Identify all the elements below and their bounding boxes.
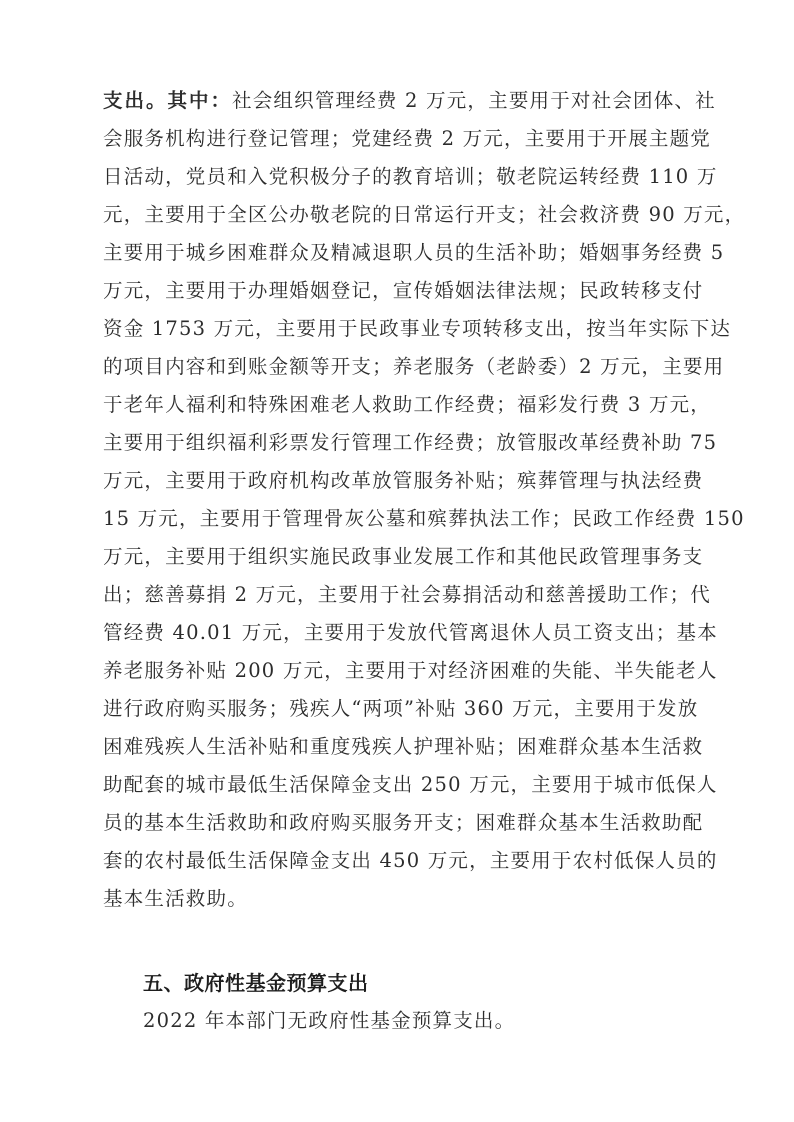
paragraph-line-text: 社会组织管理经费 2 万元，主要用于对社会团体、社 [232, 89, 716, 112]
paragraph-line: 资金 1753 万元，主要用于民政事业专项转移支出，按当年实际下达 [103, 310, 688, 348]
paragraph-line: 员的基本生活救助和政府购买服务开支；困难群众基本生活救助配 [103, 804, 688, 842]
section-body: 2022 年本部门无政府性基金预算支出。 [143, 1002, 515, 1040]
paragraph-line: 万元，主要用于组织实施民政事业发展工作和其他民政管理事务支 [103, 538, 688, 576]
paragraph-line: 的项目内容和到账金额等开支；养老服务（老龄委）2 万元，主要用 [103, 348, 688, 386]
paragraph-line: 困难残疾人生活补贴和重度残疾人护理补贴；困难群众基本生活救 [103, 728, 688, 766]
paragraph-lead: 支出。其中： [103, 89, 232, 112]
paragraph-line: 养老服务补贴 200 万元，主要用于对经济困难的失能、半失能老人 [103, 652, 688, 690]
paragraph-line: 于老年人福利和特殊困难老人救助工作经费；福彩发行费 3 万元， [103, 386, 688, 424]
paragraph-line: 基本生活救助。 [103, 880, 688, 918]
paragraph-line: 主要用于组织福利彩票发行管理工作经费；放管服改革经费补助 75 [103, 424, 688, 462]
section-heading: 五、政府性基金预算支出 [143, 964, 369, 1002]
paragraph-line: 万元，主要用于政府机构改革放管服务补贴；殡葬管理与执法经费 [103, 462, 688, 500]
document-page: 支出。其中：社会组织管理经费 2 万元，主要用于对社会团体、社 会服务机构进行登… [0, 0, 794, 1122]
paragraph-line: 主要用于城乡困难群众及精减退职人员的生活补助；婚姻事务经费 5 [103, 234, 688, 272]
paragraph-line: 进行政府购买服务；残疾人“两项”补贴 360 万元，主要用于发放 [103, 690, 688, 728]
paragraph-line: 支出。其中：社会组织管理经费 2 万元，主要用于对社会团体、社 [103, 82, 688, 120]
paragraph-line: 万元，主要用于办理婚姻登记，宣传婚姻法律法规；民政转移支付 [103, 272, 688, 310]
paragraph-line: 会服务机构进行登记管理；党建经费 2 万元，主要用于开展主题党 [103, 120, 688, 158]
paragraph-line: 日活动，党员和入党积极分子的教育培训；敬老院运转经费 110 万 [103, 158, 688, 196]
paragraph-line: 元，主要用于全区公办敬老院的日常运行开支；社会救济费 90 万元， [103, 196, 688, 234]
paragraph-line: 出；慈善募捐 2 万元，主要用于社会募捐活动和慈善援助工作；代 [103, 576, 688, 614]
paragraph-line: 助配套的城市最低生活保障金支出 250 万元，主要用于城市低保人 [103, 766, 688, 804]
paragraph-line: 套的农村最低生活保障金支出 450 万元，主要用于农村低保人员的 [103, 842, 688, 880]
paragraph-line: 15 万元，主要用于管理骨灰公墓和殡葬执法工作；民政工作经费 150 [103, 500, 688, 538]
paragraph-line: 管经费 40.01 万元，主要用于发放代管离退休人员工资支出；基本 [103, 614, 688, 652]
